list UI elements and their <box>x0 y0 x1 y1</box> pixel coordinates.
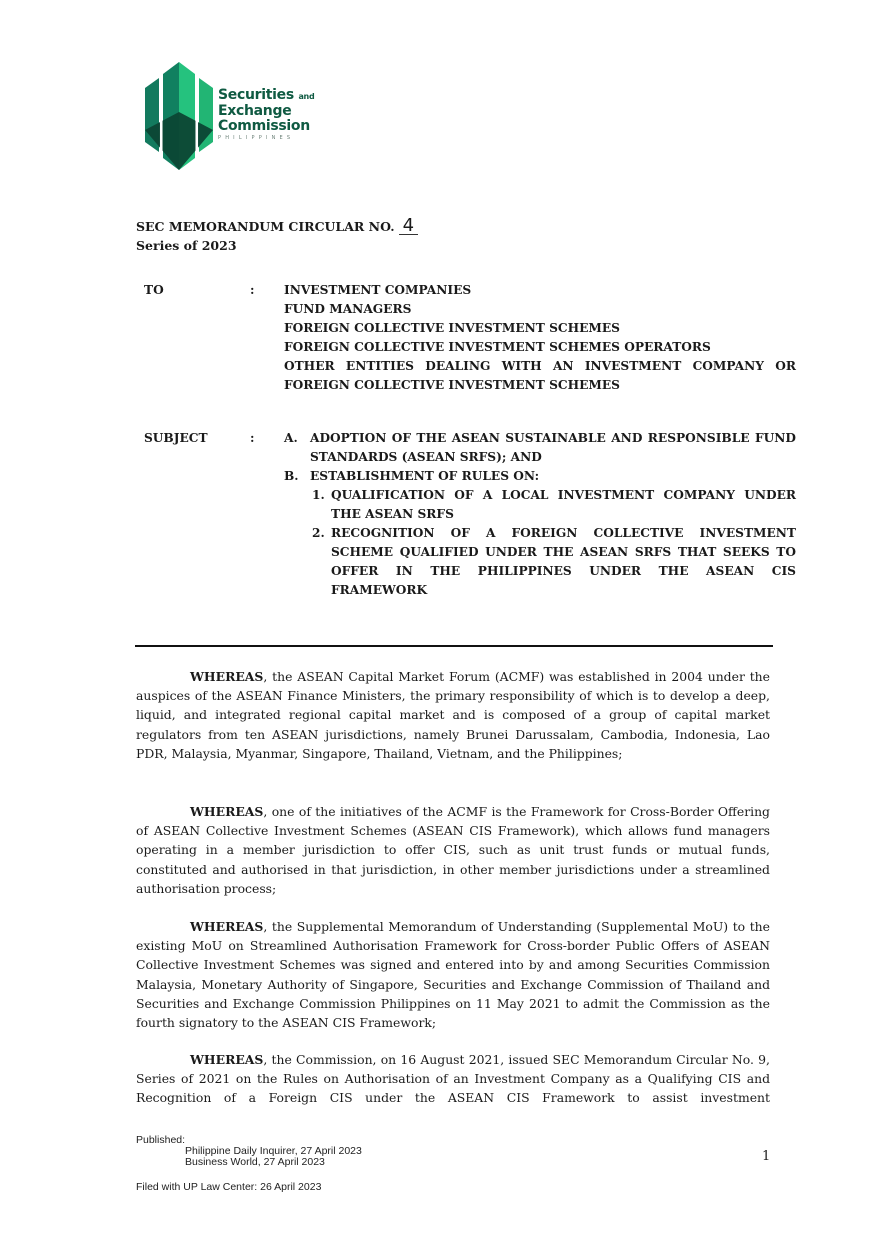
logo-line-and: and <box>298 92 314 101</box>
paragraph-text: , the Supplemental Memorandum of Underst… <box>136 919 770 1030</box>
logo-line-commission: Commission <box>218 119 314 134</box>
whereas-lead: WHEREAS <box>190 669 263 684</box>
publication-2: Business World, 27 April 2023 <box>185 1157 325 1168</box>
circular-number: 4 <box>399 218 418 235</box>
subject-marker-b2: 2. <box>312 524 325 543</box>
filed-notice: Filed with UP Law Center: 26 April 2023 <box>136 1182 321 1193</box>
whereas-paragraph-1: WHEREAS, the ASEAN Capital Market Forum … <box>136 667 770 763</box>
subject-marker-b1: 1. <box>312 486 325 505</box>
recipient: FOREIGN COLLECTIVE INVESTMENT SCHEMES <box>284 319 796 338</box>
logo-line-exchange: Exchange <box>218 104 314 119</box>
circular-heading: SEC MEMORANDUM CIRCULAR NO.4 Series of 2… <box>136 217 418 255</box>
page-number: 1 <box>762 1149 770 1164</box>
subject-colon: : <box>250 429 255 448</box>
circular-title: SEC MEMORANDUM CIRCULAR NO. <box>136 219 395 234</box>
subject-item-b2: RECOGNITION OF A FOREIGN COLLECTIVE INVE… <box>331 524 796 600</box>
whereas-paragraph-4: WHEREAS, the Commission, on 16 August 20… <box>136 1050 770 1108</box>
whereas-paragraph-3: WHEREAS, the Supplemental Memorandum of … <box>136 917 770 1032</box>
sec-logo: Securities and Exchange Commission PHILI… <box>143 60 323 172</box>
logo-line-philippines: PHILIPPINES <box>218 134 314 142</box>
recipient: OTHER ENTITIES DEALING WITH AN INVESTMEN… <box>284 357 796 376</box>
recipient: FUND MANAGERS <box>284 300 796 319</box>
header-divider <box>135 645 773 647</box>
to-label: TO <box>144 281 164 300</box>
to-recipients: INVESTMENT COMPANIES FUND MANAGERS FOREI… <box>284 281 796 395</box>
to-colon: : <box>250 281 255 300</box>
subject-item-b1: QUALIFICATION OF A LOCAL INVESTMENT COMP… <box>331 486 796 524</box>
sec-emblem-icon <box>143 60 215 172</box>
recipient: FOREIGN COLLECTIVE INVESTMENT SCHEMES OP… <box>284 338 796 357</box>
logo-line-securities: Securities <box>218 87 294 103</box>
whereas-lead: WHEREAS <box>190 919 263 934</box>
circular-series: Series of 2023 <box>136 236 418 255</box>
document-page: Securities and Exchange Commission PHILI… <box>0 0 875 1237</box>
subject-marker-b: B. <box>284 467 299 486</box>
recipient: FOREIGN COLLECTIVE INVESTMENT SCHEMES <box>284 376 796 395</box>
subject-item-a: ADOPTION OF THE ASEAN SUSTAINABLE AND RE… <box>310 429 796 467</box>
whereas-lead: WHEREAS <box>190 1052 263 1067</box>
whereas-lead: WHEREAS <box>190 804 263 819</box>
subject-marker-a: A. <box>284 429 298 448</box>
subject-label: SUBJECT <box>144 429 208 448</box>
published-label: Published: <box>136 1135 185 1146</box>
logo-wordmark: Securities and Exchange Commission PHILI… <box>218 88 314 142</box>
subject-item-b: ESTABLISHMENT OF RULES ON: <box>310 467 796 486</box>
whereas-paragraph-2: WHEREAS, one of the initiatives of the A… <box>136 802 770 898</box>
recipient: INVESTMENT COMPANIES <box>284 281 796 300</box>
